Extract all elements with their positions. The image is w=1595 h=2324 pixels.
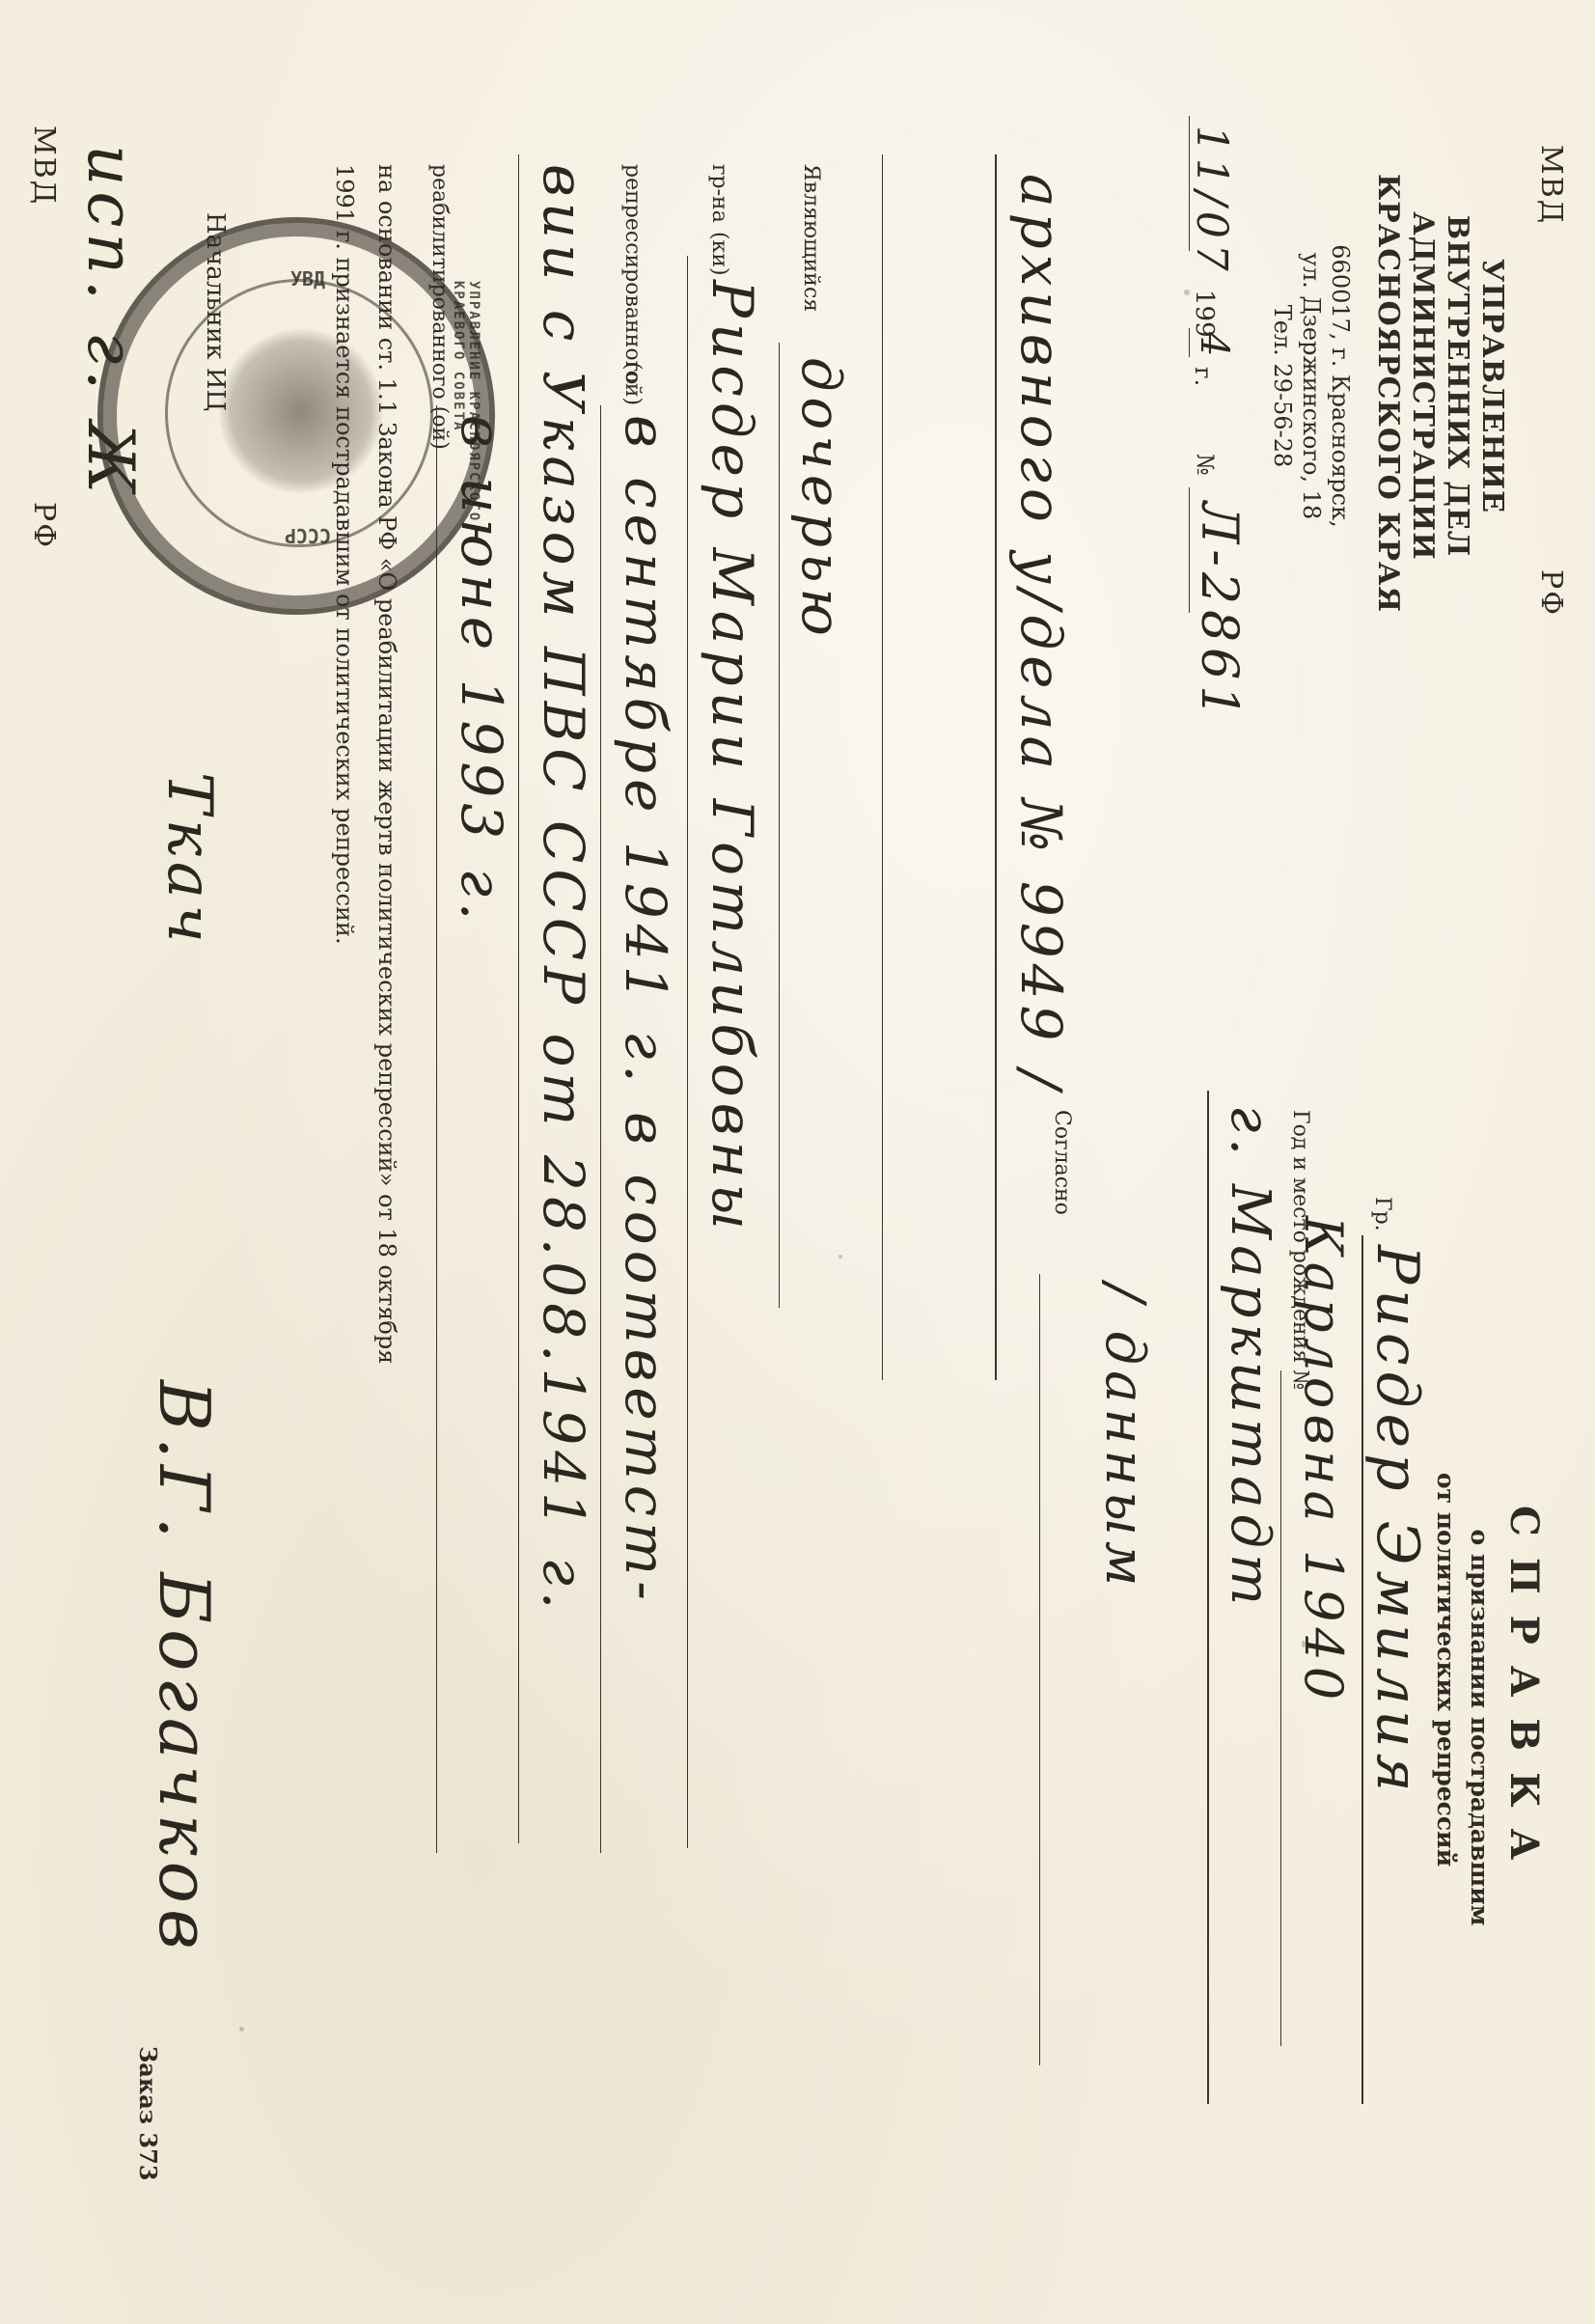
archive-value: архивного у/дела № 9949 / — [1008, 174, 1074, 1094]
address-line-3: Тел. 29-56-28 — [1269, 174, 1296, 598]
repressed-label: репрессированного — [620, 164, 645, 384]
birth-value-2: г. Маркштадт — [1219, 1105, 1281, 1611]
org-line-2: ВНУТРЕННИХ ДЕЛ — [1441, 174, 1473, 598]
archive-underline — [995, 154, 997, 1380]
according-underline — [1039, 1274, 1040, 2065]
number-label: № — [1192, 454, 1219, 476]
number-value: Л-2861 — [1190, 502, 1248, 723]
address-line-1: 660017, г. Красноярск, — [1327, 174, 1354, 598]
citizen-label: Гр. — [1370, 1197, 1394, 1231]
stamp-outer-text: УПРАВЛЕНИЕ КРАСНОЯРСКОГО КРАЕВОГО СОВЕТА — [451, 281, 481, 609]
according-label: Согласно — [1050, 1110, 1074, 1215]
stamp-bottom-text: СССР — [285, 524, 331, 547]
year-underline — [1189, 328, 1190, 357]
org-line-1: УПРАВЛЕНИЕ — [1475, 174, 1508, 598]
certificate-document: МВД РФ УПРАВЛЕНИЕ ВНУТРЕННИХ ДЕЛ АДМИНИС… — [0, 0, 1595, 2324]
address-line-2: ул. Дзержинского, 18 — [1298, 174, 1325, 598]
ministry-left: МВД — [27, 125, 61, 206]
according-value: / данным — [1093, 1284, 1156, 1591]
being-top-rule — [882, 154, 883, 1380]
decree-underline — [518, 154, 519, 1843]
parent-label: гр-на — [707, 164, 731, 223]
date-year-handwritten: 4 — [1192, 332, 1236, 362]
being-label: Являющийся — [799, 164, 823, 312]
stamp-inner-text: УВД — [290, 267, 325, 290]
paper-speck — [839, 1255, 842, 1259]
org-line-4: КРАСНОЯРСКОГО КРАЯ — [1371, 174, 1404, 598]
date-year-printed: 199 — [1190, 290, 1219, 338]
being-value: дочерью — [789, 357, 852, 642]
parent-underline — [687, 256, 688, 1848]
birth-value-1: Карловна 1940 — [1293, 1216, 1354, 1705]
title-sub-2: от политических репрессий — [1431, 1419, 1460, 1921]
title-main: СПРАВКА — [1501, 1506, 1547, 1881]
org-line-3: АДМИНИСТРАЦИИ — [1406, 174, 1439, 598]
order-label: Заказ 373 — [134, 2046, 162, 2181]
ministry-right: РФ — [27, 502, 61, 549]
title-sub-1: о признании пострадавшим — [1465, 1477, 1494, 1978]
birth-underline-2 — [1207, 1091, 1209, 2104]
rehab-underline — [436, 405, 437, 1853]
paper-speck — [239, 2027, 244, 2032]
number-underline — [1189, 487, 1190, 613]
repressed-suffix: (ой) — [620, 362, 645, 405]
stamp-emblem — [219, 329, 383, 493]
date-underline — [1189, 116, 1190, 251]
date-suffix: г. — [1190, 367, 1217, 386]
date-handwritten: 11/07 — [1187, 125, 1236, 277]
decree-value: вии с Указом ПВС СССР от 28.08.1941 г. — [531, 164, 596, 1615]
being-underline — [779, 343, 780, 1308]
official-stamp: УВД СССР УПРАВЛЕНИЕ КРАСНОЯРСКОГО КРАЕВО… — [97, 217, 495, 615]
signature-name: В.Г. Богачков — [144, 1380, 225, 1955]
signature-scribble: Ткач — [153, 772, 225, 949]
repressed-value: в сентябре 1941 г. в соответст- — [613, 415, 678, 1606]
parent-value: Рисдер Марии Готлибовны — [700, 280, 765, 1235]
citizen-value: Рисдер Эмилия — [1363, 1245, 1431, 1798]
repressed-underline — [600, 405, 601, 1853]
parent-suffix: (ки) — [707, 232, 731, 276]
ministry-right-top: РФ — [1534, 569, 1568, 617]
citizen-underline — [1361, 1235, 1363, 2104]
ministry-left-top: МВД — [1534, 145, 1568, 225]
